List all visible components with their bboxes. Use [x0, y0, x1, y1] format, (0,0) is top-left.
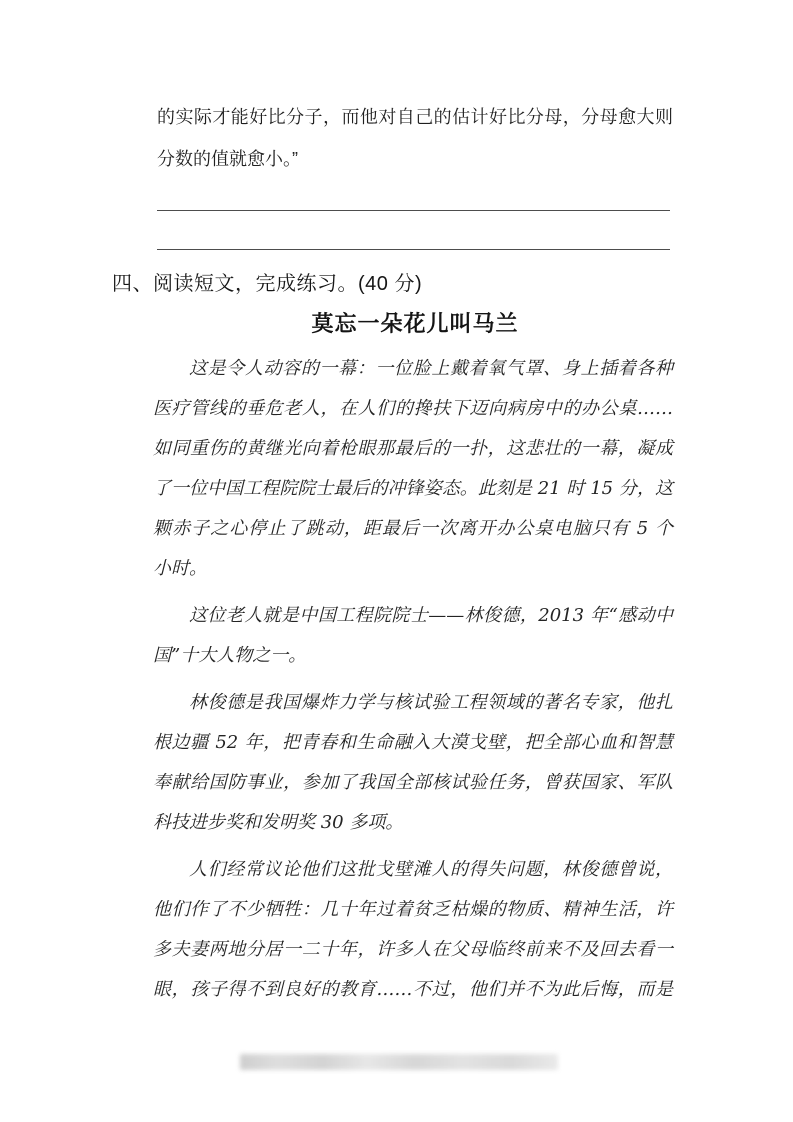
- continuation-line: 的实际才能好比分子，而他对自己的估计好比分母，分母愈大则: [157, 96, 673, 138]
- passage-line: 人们经常议论他们这批戈壁滩人的得失问题，林俊德曾说，: [153, 850, 673, 890]
- continuation-text: 的实际才能好比分子，而他对自己的估计好比分母，分母愈大则分数的值就愈小。”: [157, 96, 673, 180]
- passage-line: 根边疆 52 年，把青春和生命融入大漠戈壁，把全部心血和智慧: [153, 723, 673, 763]
- passage-line: 医疗管线的垂危老人，在人们的搀扶下迈向病房中的办公桌……: [153, 389, 673, 429]
- passage-body: 这是令人动容的一幕：一位脸上戴着氧气罩、身上插着各种医疗管线的垂危老人，在人们的…: [153, 349, 673, 1010]
- passage-line: 颗赤子之心停止了跳动，距最后一次离开办公桌电脑只有 5 个: [153, 509, 673, 549]
- section-heading: 四、阅读短文，完成练习。(40 分): [112, 267, 422, 296]
- passage-title: 莫忘一朵花儿叫马兰: [157, 307, 673, 338]
- passage-line: 小时。: [153, 549, 673, 589]
- answer-line-1[interactable]: [157, 210, 670, 211]
- passage-line: 奉献给国防事业，参加了我国全部核试验任务，曾获国家、军队: [153, 763, 673, 803]
- continuation-line: 分数的值就愈小。”: [157, 138, 673, 180]
- passage-line: 眼，孩子得不到良好的教育……不过，他们并不为此后悔，而是: [153, 970, 673, 1010]
- exam-page: 的实际才能好比分子，而他对自己的估计好比分母，分母愈大则分数的值就愈小。” 四、…: [0, 0, 793, 1122]
- passage-line: 这是令人动容的一幕：一位脸上戴着氧气罩、身上插着各种: [153, 349, 673, 389]
- passage-line: 如同重伤的黄继光向着枪眼那最后的一扑，这悲壮的一幕，凝成: [153, 429, 673, 469]
- passage-line: 科技进步奖和发明奖 30 多项。: [153, 803, 673, 843]
- passage-line: 多夫妻两地分居一二十年，许多人在父母临终前来不及回去看一: [153, 930, 673, 970]
- passage-line: 这位老人就是中国工程院院士——林俊德，2013 年“感动中: [153, 596, 673, 636]
- passage-line: 他们作了不少牺牲：几十年过着贫乏枯燥的物质、精神生活，许: [153, 890, 673, 930]
- blurred-watermark: [240, 1054, 558, 1070]
- answer-line-2[interactable]: [157, 249, 670, 250]
- passage-line: 了一位中国工程院院士最后的冲锋姿态。此刻是 21 时 15 分，这: [153, 469, 673, 509]
- passage-line: 国”十大人物之一。: [153, 636, 673, 676]
- passage-line: 林俊德是我国爆炸力学与核试验工程领域的著名专家，他扎: [153, 683, 673, 723]
